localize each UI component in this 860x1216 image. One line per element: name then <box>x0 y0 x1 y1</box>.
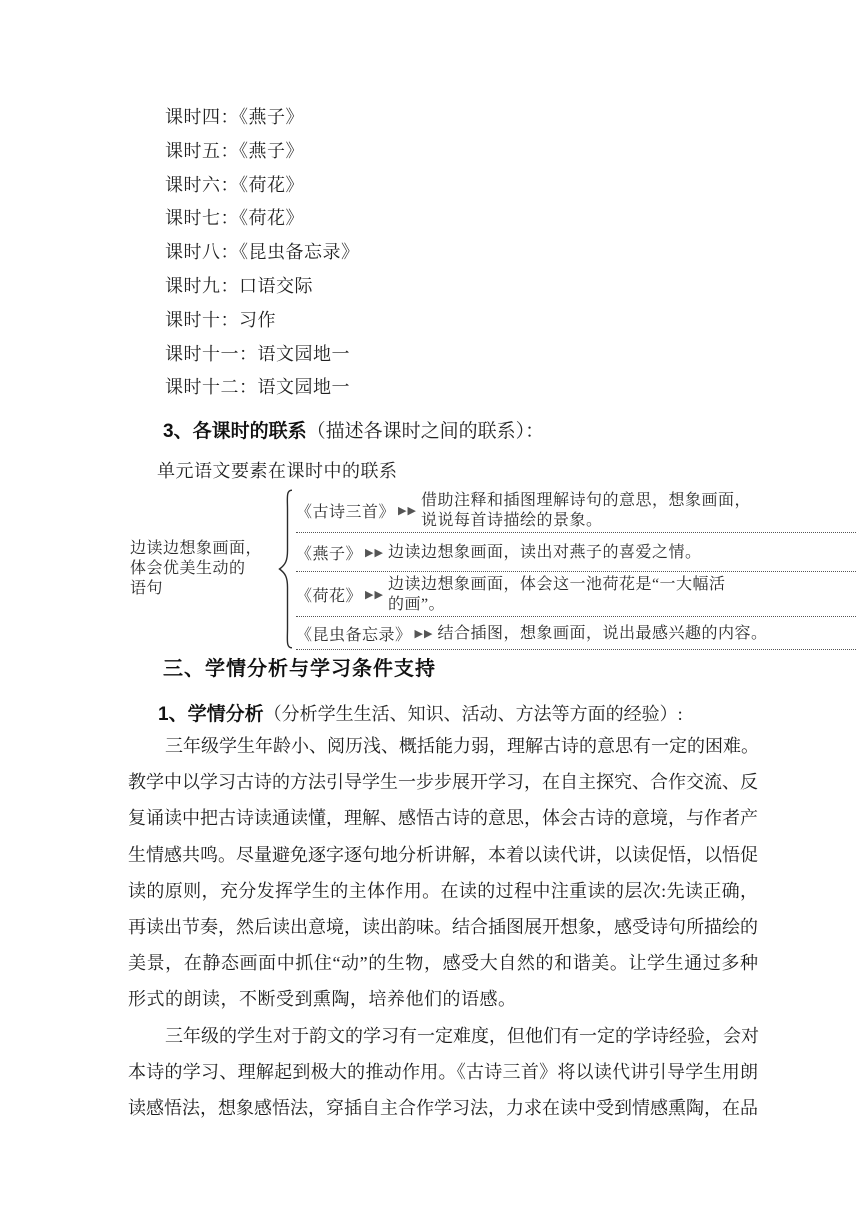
course-period-list: 课时四：《燕子》 课时五：《燕子》 课时六：《荷花》 课时七：《荷花》 课时八：… <box>165 101 360 405</box>
diagram-left-label-line: 边读边想象画面， <box>130 539 276 559</box>
paragraph-line: 再读出节奏，然后读出意境，读出韵味。结合插图展开想象，感受诗句所描绘的 <box>128 909 758 945</box>
paragraph-line: 三年级学生年龄小、阅历浅、概括能力弱，理解古诗的意思有一定的困难。 <box>128 728 758 764</box>
course-period-item: 课时六：《荷花》 <box>165 169 360 203</box>
diagram-row-title: 《昆虫备忘录》 <box>296 622 412 645</box>
double-arrow-icon: ▶▶ <box>415 627 434 640</box>
diagram-row-title: 《荷花》 <box>296 583 362 606</box>
paragraph: 三年级的学生对于韵文的学习有一定难度，但他们有一定的学诗经验，会对 本诗的学习、… <box>128 1018 758 1127</box>
diagram-desc-line: 借助注释和插图理解诗句的意思，想象画面， <box>421 491 856 511</box>
diagram-left-label-line: 体会优美生动的 <box>130 559 276 579</box>
double-arrow-icon: ▶▶ <box>365 546 384 559</box>
diagram-subtitle: 单元语文要素在课时中的联系 <box>157 457 398 483</box>
course-period-item: 课时九：口语交际 <box>165 270 360 304</box>
diagram-row: 《燕子》 ▶▶ 边读边想象画面，读出对燕子的喜爱之情。 <box>296 533 856 572</box>
section-three-heading: 三、学情分析与学习条件支持 <box>163 652 436 681</box>
analysis-heading-note: （分析学生生活、知识、活动、方法等方面的经验）: <box>264 704 683 724</box>
paragraph-line: 读感悟法，想象感悟法，穿插自主合作学习法，力求在读中受到情感熏陶，在品 <box>128 1090 758 1126</box>
diagram-desc-line: 的画”。 <box>388 595 856 615</box>
diagram-desc-line: 结合插图，想象画面，说出最感兴趣的内容。 <box>437 624 856 644</box>
document-page: 课时四：《燕子》 课时五：《燕子》 课时六：《荷花》 课时七：《荷花》 课时八：… <box>0 0 860 1216</box>
diagram-row-desc: 边读边想象画面，体会这一池荷花是“一大幅活 的画”。 <box>388 575 856 614</box>
diagram-row-title: 《燕子》 <box>296 541 362 564</box>
diagram-left-label: 边读边想象画面， 体会优美生动的 语句 <box>130 539 276 599</box>
paragraph-line: 三年级的学生对于韵文的学习有一定难度，但他们有一定的学诗经验，会对 <box>128 1018 758 1054</box>
analysis-heading: 1、学情分析（分析学生生活、知识、活动、方法等方面的经验）: <box>158 699 683 726</box>
section3-heading-note: （描述各课时之间的联系）： <box>307 421 545 442</box>
paragraph-line: 复诵读中把古诗读通读懂，理解、感悟古诗的意思，体会古诗的意境，与作者产 <box>128 800 758 836</box>
paragraph: 三年级学生年龄小、阅历浅、概括能力弱，理解古诗的意思有一定的困难。 教学中以学习… <box>128 728 758 1018</box>
diagram-row: 《古诗三首》 ▶▶ 借助注释和插图理解诗句的意思，想象画面， 说说每首诗描绘的景… <box>296 488 856 533</box>
paragraph-line: 教学中以学习古诗的方法引导学生一步步展开学习，在自主探究、合作交流、反 <box>128 764 758 800</box>
course-period-item: 课时五：《燕子》 <box>165 135 360 169</box>
diagram-row-desc: 结合插图，想象画面，说出最感兴趣的内容。 <box>437 624 856 644</box>
double-arrow-icon: ▶▶ <box>365 588 384 601</box>
diagram-desc-line: 说说每首诗描绘的景象。 <box>421 511 856 531</box>
paragraph-line: 生情感共鸣。尽量避免逐字逐句地分析讲解，本着以读代讲，以读促悟，以悟促 <box>128 837 758 873</box>
paragraph-line: 美景，在静态画面中抓住“动”的生物，感受大自然的和谐美。让学生通过多种 <box>128 945 758 981</box>
course-period-item: 课时八：《昆虫备忘录》 <box>165 236 360 270</box>
section3-heading-label: 3、各课时的联系 <box>163 421 307 442</box>
section3-heading: 3、各课时的联系（描述各课时之间的联系）： <box>163 420 544 444</box>
course-period-item: 课时十二：语文园地一 <box>165 371 360 405</box>
paragraph-line: 形式的朗读，不断受到熏陶，培养他们的语感。 <box>128 981 758 1017</box>
brace-icon <box>276 488 296 650</box>
analysis-heading-label: 1、学情分析 <box>158 704 264 725</box>
diagram-desc-line: 边读边想象画面，体会这一池荷花是“一大幅活 <box>388 575 856 595</box>
diagram-rows: 《古诗三首》 ▶▶ 借助注释和插图理解诗句的意思，想象画面， 说说每首诗描绘的景… <box>296 488 856 650</box>
diagram-desc-line: 边读边想象画面，读出对燕子的喜爱之情。 <box>388 543 856 563</box>
diagram-row: 《荷花》 ▶▶ 边读边想象画面，体会这一池荷花是“一大幅活 的画”。 <box>296 572 856 617</box>
paragraph-line: 本诗的学习、理解起到极大的推动作用。《古诗三首》将以读代讲引导学生用朗 <box>128 1054 758 1090</box>
diagram-row-desc: 边读边想象画面，读出对燕子的喜爱之情。 <box>388 543 856 563</box>
diagram-row-desc: 借助注释和插图理解诗句的意思，想象画面， 说说每首诗描绘的景象。 <box>421 491 856 530</box>
course-period-item: 课时七：《荷花》 <box>165 202 360 236</box>
course-period-item: 课时四：《燕子》 <box>165 101 360 135</box>
course-period-item: 课时十一：语文园地一 <box>165 338 360 372</box>
diagram-row-title: 《古诗三首》 <box>296 499 395 522</box>
paragraph-line: 读的原则，充分发挥学生的主体作用。在读的过程中注重读的层次:先读正确， <box>128 873 758 909</box>
diagram-row: 《昆虫备忘录》 ▶▶ 结合插图，想象画面，说出最感兴趣的内容。 <box>296 617 856 650</box>
double-arrow-icon: ▶▶ <box>398 504 417 517</box>
diagram-left-label-line: 语句 <box>130 579 276 599</box>
unit-element-diagram: 边读边想象画面， 体会优美生动的 语句 《古诗三首》 ▶▶ 借助注释和插图理解诗… <box>130 488 856 650</box>
body-text: 三年级学生年龄小、阅历浅、概括能力弱，理解古诗的意思有一定的困难。 教学中以学习… <box>128 728 758 1126</box>
course-period-item: 课时十：习作 <box>165 304 360 338</box>
